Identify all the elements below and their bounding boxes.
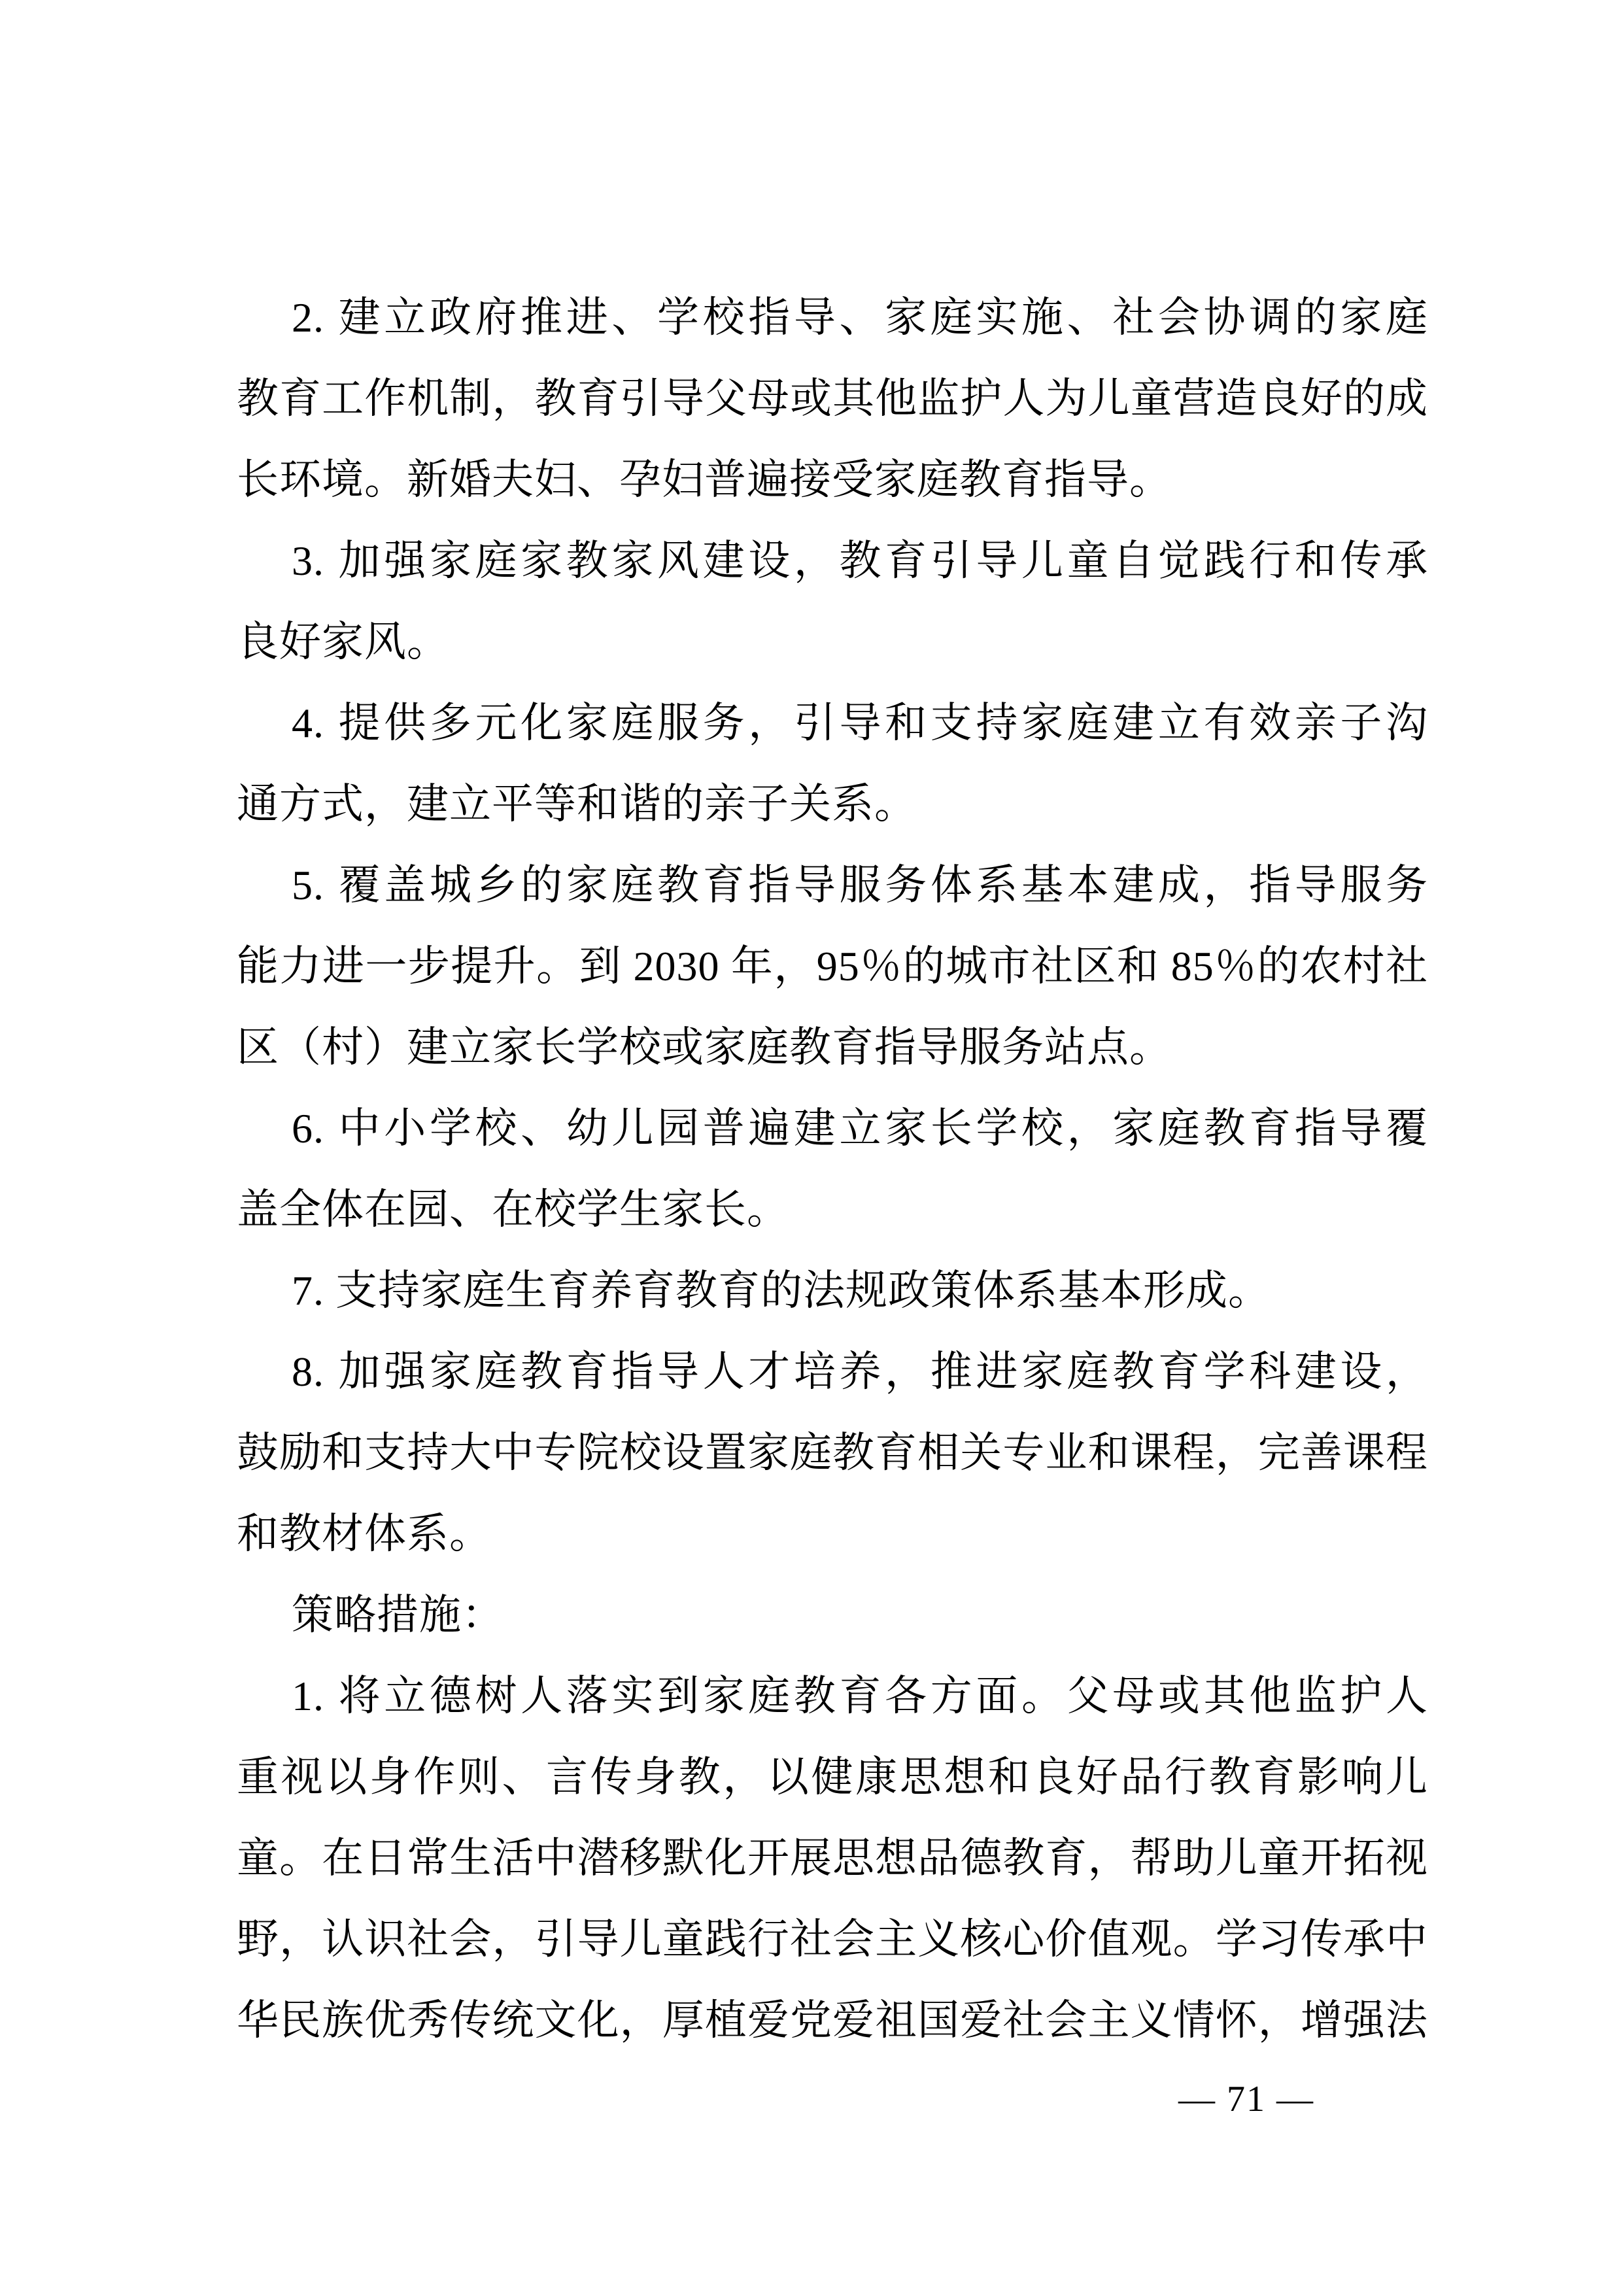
text-line: 盖全体在园、在校学生家长。 bbox=[237, 1169, 1428, 1250]
text-line: 童。在日常生活中潜移默化开展思想品德教育，帮助儿童开拓视 bbox=[237, 1818, 1428, 1899]
text-line: 和教材体系。 bbox=[237, 1494, 1428, 1575]
text-line: 华民族优秀传统文化，厚植爱党爱祖国爱社会主义情怀，增强法 bbox=[237, 1980, 1428, 2061]
text-line: 良好家风。 bbox=[237, 602, 1428, 683]
text-line: 策略措施： bbox=[237, 1575, 1428, 1656]
text-line: 鼓励和支持大中专院校设置家庭教育相关专业和课程，完善课程 bbox=[237, 1413, 1428, 1494]
text-line: 野，认识社会，引导儿童践行社会主义核心价值观。学习传承中 bbox=[237, 1899, 1428, 1980]
text-line: 区（村）建立家长学校或家庭教育指导服务站点。 bbox=[237, 1007, 1428, 1088]
text-line: 教育工作机制，教育引导父母或其他监护人为儿童营造良好的成 bbox=[237, 358, 1428, 439]
text-line: 3. 加强家庭家教家风建设，教育引导儿童自觉践行和传承 bbox=[237, 521, 1428, 602]
page-number: — 71 — bbox=[1178, 2078, 1314, 2120]
text-line: 8. 加强家庭教育指导人才培养，推进家庭教育学科建设， bbox=[237, 1331, 1428, 1413]
text-line: 6. 中小学校、幼儿园普遍建立家长学校，家庭教育指导覆 bbox=[237, 1088, 1428, 1169]
text-line: 能力进一步提升。到 2030 年，95％的城市社区和 85％的农村社 bbox=[237, 926, 1428, 1007]
text-line: 通方式，建立平等和谐的亲子关系。 bbox=[237, 764, 1428, 845]
text-line: 5. 覆盖城乡的家庭教育指导服务体系基本建成，指导服务 bbox=[237, 845, 1428, 926]
text-line: 4. 提供多元化家庭服务，引导和支持家庭建立有效亲子沟 bbox=[237, 683, 1428, 764]
text-line: 重视以身作则、言传身教，以健康思想和良好品行教育影响儿 bbox=[237, 1737, 1428, 1818]
text-line: 长环境。新婚夫妇、孕妇普遍接受家庭教育指导。 bbox=[237, 439, 1428, 521]
text-line: 1. 将立德树人落实到家庭教育各方面。父母或其他监护人 bbox=[237, 1656, 1428, 1737]
text-line: 2. 建立政府推进、学校指导、家庭实施、社会协调的家庭 bbox=[237, 277, 1428, 358]
document-page: 2. 建立政府推进、学校指导、家庭实施、社会协调的家庭教育工作机制，教育引导父母… bbox=[0, 0, 1623, 2296]
text-line: 7. 支持家庭生育养育教育的法规政策体系基本形成。 bbox=[237, 1250, 1428, 1331]
document-body-text: 2. 建立政府推进、学校指导、家庭实施、社会协调的家庭教育工作机制，教育引导父母… bbox=[237, 277, 1428, 2061]
